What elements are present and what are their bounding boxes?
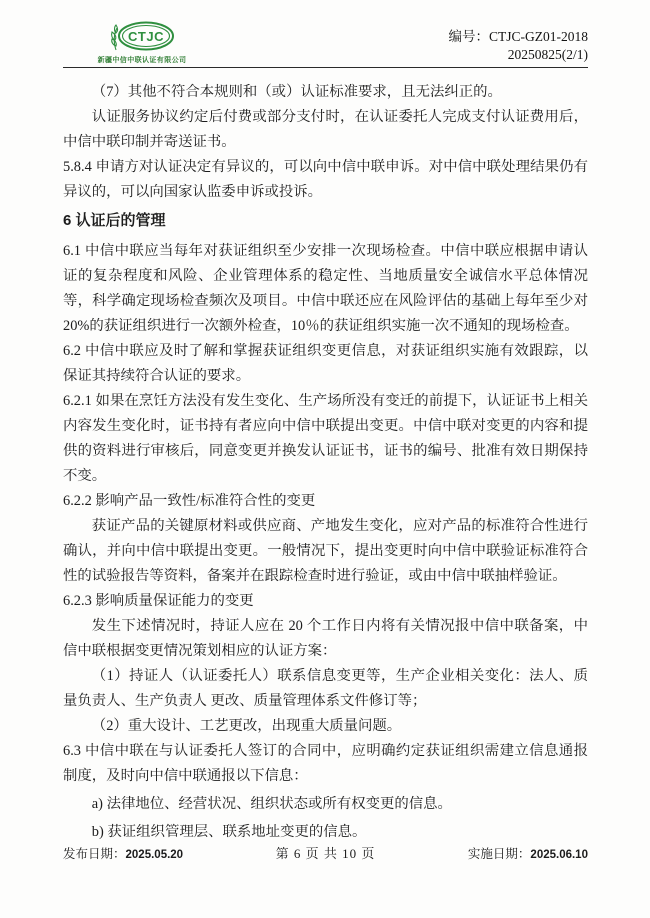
paragraph: 6.1 中信中联应当每年对获证组织至少安排一次现场检查。中信中联应根据申请认证的… [63, 239, 588, 339]
doc-number-label: 编号： [449, 29, 490, 44]
logo-block: CTJC 新疆中信中联认证有限公司 [87, 20, 197, 65]
page-number: 第 6 页 共 10 页 [276, 843, 376, 862]
page-header: CTJC 新疆中信中联认证有限公司 编号：CTJC-GZ01-2018 2025… [63, 20, 588, 68]
paragraph: a) 法律地位、经营状况、组织状态或所有权变更的信息。 [63, 792, 588, 817]
implement-date: 2025.06.10 [530, 849, 588, 861]
release-date-label: 发布日期： [63, 847, 126, 861]
document-body: （7）其他不符合本规则和（或）认证标准要求，且无法纠正的。认证服务协议约定后付费… [63, 80, 588, 845]
release-date: 2025.05.20 [126, 849, 184, 861]
doc-number-line: 编号：CTJC-GZ01-2018 [449, 28, 589, 46]
paragraph: 获证产品的关键原材料或供应商、产地发生变化，应对产品的标准符合性进行确认，并向中… [63, 514, 588, 589]
paragraph: 6.2.2 影响产品一致性/标准符合性的变更 [63, 489, 588, 514]
logo-text: CTJC [128, 29, 164, 44]
implement-date-label: 实施日期： [468, 847, 531, 861]
paragraph: 6.2 中信中联应及时了解和掌握获证组织变更信息，对获证组织实施有效跟踪，以保证… [63, 339, 588, 389]
paragraph: 5.8.4 申请方对认证决定有异议的，可以向中信中联申诉。对中信中联处理结果仍有… [63, 155, 588, 205]
paragraph: 6.3 中信中联在与认证委托人签订的合同中，应明确约定获证组织需建立信息通报制度… [63, 739, 588, 789]
paragraph: （7）其他不符合本规则和（或）认证标准要求，且无法纠正的。 [63, 80, 588, 105]
paragraph: 认证服务协议约定后付费或部分支付时，在认证委托人完成支付认证费用后，中信中联印制… [63, 105, 588, 155]
paragraph: b) 获证组织管理层、联系地址变更的信息。 [63, 820, 588, 845]
ctjc-logo-icon: CTJC [109, 20, 175, 54]
doc-reference: 编号：CTJC-GZ01-2018 20250825(2/1) [449, 28, 589, 64]
implement-date-block: 实施日期：2025.06.10 [468, 844, 588, 862]
wheat-icon [112, 25, 118, 50]
release-date-block: 发布日期：2025.05.20 [63, 844, 183, 862]
paragraph: 6.2.3 影响质量保证能力的变更 [63, 589, 588, 614]
paragraph: （2）重大设计、工艺更改，出现重大质量问题。 [63, 714, 588, 739]
header-rule [63, 67, 588, 68]
company-name: 新疆中信中联认证有限公司 [87, 55, 197, 65]
page-footer: 发布日期：2025.05.20 第 6 页 共 10 页 实施日期：2025.0… [63, 843, 588, 862]
section-heading: 6 认证后的管理 [63, 208, 588, 233]
doc-revision: 20250825(2/1) [449, 46, 589, 64]
paragraph: 发生下述情况时，持证人应在 20 个工作日内将有关情况报中信中联备案，中信中联根… [63, 614, 588, 664]
paragraph: （1）持证人（认证委托人）联系信息变更等，生产企业相关变化：法人、质量负责人、生… [63, 664, 588, 714]
doc-number: CTJC-GZ01-2018 [489, 29, 588, 44]
paragraph: 6.2.1 如果在烹饪方法没有发生变化、生产场所没有变迁的前提下，认证证书上相关… [63, 389, 588, 489]
document-page: CTJC 新疆中信中联认证有限公司 编号：CTJC-GZ01-2018 2025… [0, 0, 650, 918]
